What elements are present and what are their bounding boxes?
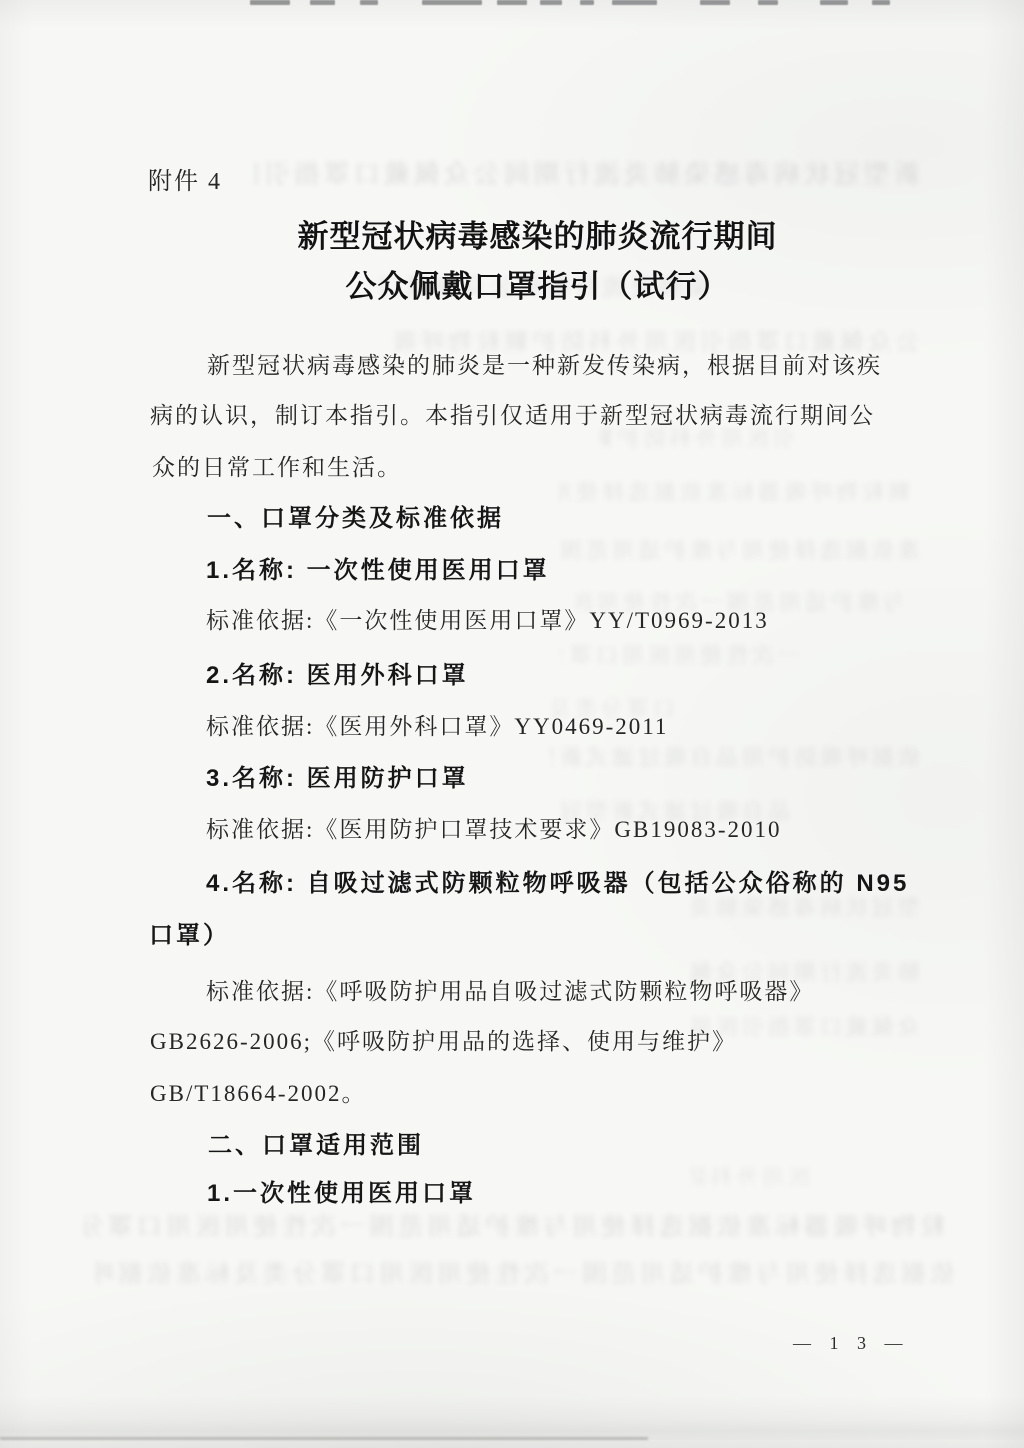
intro-paragraph-line2: 病的认识，制订本指引。本指引仅适用于新型冠状病毒流行期间公: [150, 400, 875, 432]
mask-item2-standard: 标准依据:《医用外科口罩》YY0469-2011: [206, 711, 668, 743]
mask-item3-standard: 标准依据:《医用防护口罩技术要求》GB19083-2010: [206, 814, 782, 846]
scan-edge-mark: [820, 0, 848, 5]
scan-shading-band: [0, 1396, 1024, 1440]
scan-edge-mark: [540, 0, 562, 5]
bleedthrough-row: 医用外科防: [690, 1163, 810, 1193]
scan-edge-mark: [580, 0, 594, 5]
bleedthrough-row: 粒物呼吸器标准依据选择使用与维护适用范围一次性使用医用口罩分: [85, 1213, 945, 1243]
intro-paragraph-line3: 众的日常工作和生活。: [152, 452, 402, 484]
mask-item4-standard-line3: GB/T18664-2002。: [150, 1078, 367, 1110]
document-title-line2: 公众佩戴口罩指引（试行）: [150, 261, 925, 306]
bleedthrough-row: 依据呼吸防护用品自吸过滤式新型: [550, 743, 920, 773]
section2-heading: 二、口罩适用范围: [208, 1130, 424, 1162]
bleedthrough-row: 颗粒物呼吸器标准依据选择使用: [560, 478, 910, 508]
intro-paragraph-line1: 新型冠状病毒感染的肺炎是一种新发传染病，根据目前对该疾: [207, 350, 882, 382]
scan-edge-mark: [872, 0, 890, 5]
attachment-label: 附件 4: [148, 166, 222, 198]
section2-item1: 1.一次性使用医用口罩: [207, 1178, 476, 1210]
bleedthrough-row: 一次性使用医用口罩分: [560, 641, 800, 671]
bleedthrough-row: 新型冠状病毒感染肺炎流行期间公众佩戴口罩指引医: [255, 160, 920, 190]
mask-item3-name: 3.名称: 医用防护口罩: [206, 763, 469, 795]
mask-item1-name: 1.名称: 一次性使用医用口罩: [206, 555, 550, 587]
mask-item4-name-line2: 口罩）: [149, 920, 230, 952]
mask-item1-standard: 标准依据:《一次性使用医用口罩》YY/T0969-2013: [206, 605, 769, 637]
bleedthrough-row: 准依据选择使用与维护适用范围: [560, 536, 920, 566]
scan-edge-mark: [612, 0, 657, 5]
mask-item2-name: 2.名称: 医用外科口罩: [206, 660, 469, 692]
scan-edge-line: [0, 1437, 648, 1440]
scanned-page: 附件 4 新型冠状病毒感染的肺炎流行期间 公众佩戴口罩指引（试行） 新型冠状病毒…: [0, 0, 1024, 1448]
mask-item4-standard-line1: 标准依据:《呼吸防护用品自吸过滤式防颗粒物呼吸器》: [206, 976, 814, 1008]
scan-edge-mark: [360, 0, 378, 5]
page-number: — 1 3 —: [793, 1327, 910, 1359]
scan-edge-mark: [250, 0, 290, 5]
scan-edge-mark: [497, 0, 527, 5]
scan-edge-mark: [310, 0, 335, 5]
bleedthrough-row: 依据选择使用与维护适用范围一次性使用医用口罩分类及标准依据呼: [95, 1260, 955, 1290]
mask-item4-name-line1: 4.名称: 自吸过滤式防颗粒物呼吸器（包括公众俗称的 N95: [206, 868, 909, 900]
scan-edge-mark: [422, 0, 482, 5]
section1-heading: 一、口罩分类及标准依据: [207, 503, 504, 535]
scan-edge-mark: [758, 0, 778, 5]
mask-item4-standard-line2: GB2626-2006;《呼吸防护用品的选择、使用与维护》: [150, 1026, 737, 1058]
document-title-line1: 新型冠状病毒感染的肺炎流行期间: [150, 211, 925, 256]
scan-edge-mark: [700, 0, 730, 5]
